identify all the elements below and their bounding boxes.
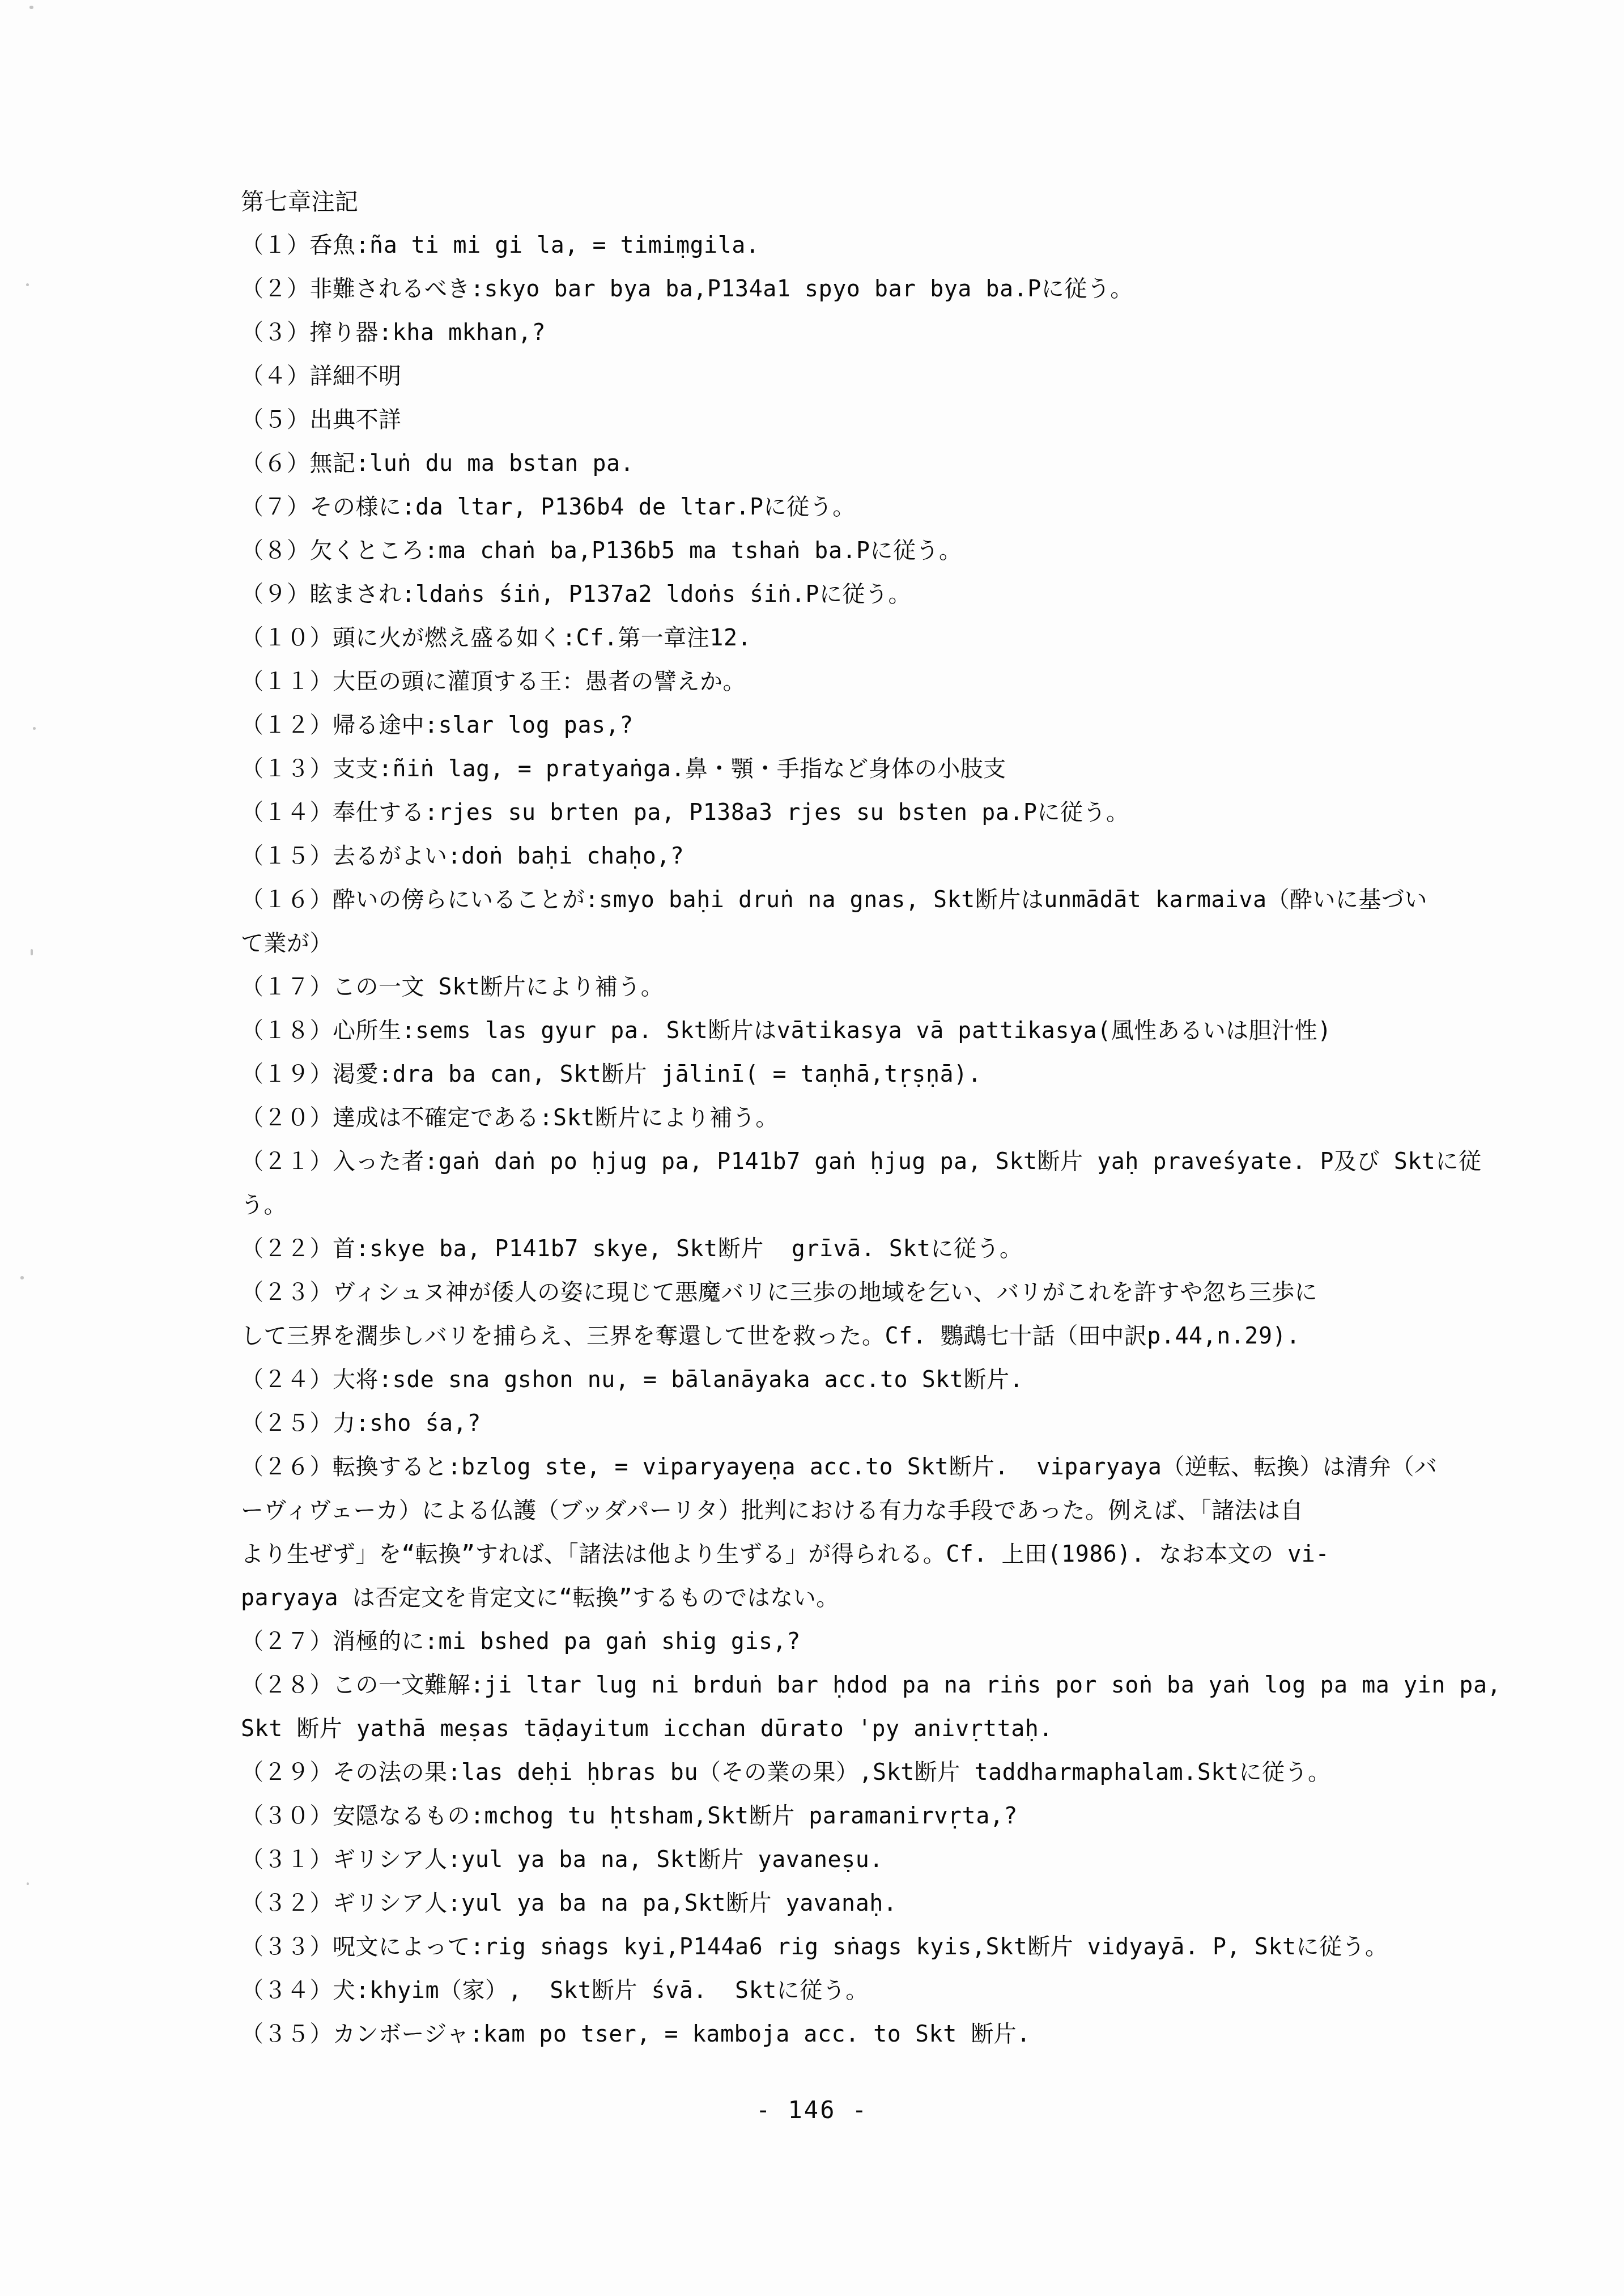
note-item: （３１）ギリシア人:yul ya ba na, Skt断片 yavaneṣu. xyxy=(241,1838,1544,1882)
note-line: （６）無記:luṅ du ma bstan pa. xyxy=(241,442,1544,486)
note-item: （２０）達成は不確定である:Skt断片により補う。 xyxy=(241,1096,1544,1140)
note-line: （２１）入った者:gaṅ daṅ po ḥjug pa, P141b7 gaṅ … xyxy=(241,1140,1544,1184)
scan-artifact xyxy=(26,283,29,286)
note-item: （１８）心所生:sems las gyur pa. Skt断片はvātikasy… xyxy=(241,1009,1544,1053)
note-line: （２６）転換すると:bzlog ste, = viparyayeṇa acc.t… xyxy=(241,1445,1544,1489)
note-line: （２２）首:skye ba, P141b7 skye, Skt断片 grīvā.… xyxy=(241,1227,1544,1271)
note-item: （２）非難されるべき:skyo bar bya ba,P134a1 spyo b… xyxy=(241,267,1544,311)
note-line: （１７）この一文 Skt断片により補う。 xyxy=(241,966,1544,1009)
scanned-page: 第七章注記 （１）呑魚:ña ti mi gi la, = timiṃgila.… xyxy=(0,0,1624,2296)
note-line: （２４）大将:sde sna gshon nu, = bālanāyaka ac… xyxy=(241,1358,1544,1402)
note-line: より生ぜず」を“転換”すれば、「諸法は他より生ずる」が得られる。Cf. 上田(1… xyxy=(241,1533,1544,1576)
note-item: （２２）首:skye ba, P141b7 skye, Skt断片 grīvā.… xyxy=(241,1227,1544,1271)
note-line: （１２）帰る途中:slar log pas,? xyxy=(241,704,1544,747)
note-line: （９）眩まされ:ldaṅs śiṅ, P137a2 ldoṅs śiṅ.Pに従う… xyxy=(241,573,1544,616)
note-line: （３４）犬:khyim（家）, Skt断片 śvā. Sktに従う。 xyxy=(241,1969,1544,2013)
note-item: （４）詳細不明 xyxy=(241,355,1544,398)
note-item: （１２）帰る途中:slar log pas,? xyxy=(241,704,1544,747)
note-item: （１５）去るがよい:doṅ baḥi chaḥo,? xyxy=(241,835,1544,878)
scan-artifact xyxy=(29,6,33,9)
note-line: （１４）奉仕する:rjes su brten pa, P138a3 rjes s… xyxy=(241,791,1544,835)
scan-artifact xyxy=(31,949,33,955)
note-line: paryaya は否定文を肯定文に“転換”するものではない。 xyxy=(241,1576,1544,1620)
note-line: （４）詳細不明 xyxy=(241,355,1544,398)
note-item: （１６）酔いの傍らにいることが:smyo baḥi druṅ na gnas, … xyxy=(241,878,1544,966)
notes-section: 第七章注記 （１）呑魚:ña ti mi gi la, = timiṃgila.… xyxy=(241,180,1544,2056)
note-line: （３５）カンボージャ:kam po tser, = kamboja acc. t… xyxy=(241,2013,1544,2056)
note-item: （６）無記:luṅ du ma bstan pa. xyxy=(241,442,1544,486)
note-line: （１９）渇愛:dra ba can, Skt断片 jālinī( = taṇhā… xyxy=(241,1053,1544,1096)
note-line: （２８）この一文難解:ji ltar lug ni brduṅ bar ḥdod… xyxy=(241,1664,1544,1707)
note-line: して三界を濶歩しバリを捕らえ、三界を奪還して世を救った。Cf. 鸚鵡七十話（田中… xyxy=(241,1315,1544,1358)
note-item: （１０）頭に火が燃え盛る如く:Cf.第一章注12. xyxy=(241,616,1544,660)
note-line: （２５）力:sho śa,? xyxy=(241,1402,1544,1445)
note-item: （３３）呪文によって:rig sṅags kyi,P144a6 rig sṅag… xyxy=(241,1925,1544,1969)
note-item: （２６）転換すると:bzlog ste, = viparyayeṇa acc.t… xyxy=(241,1445,1544,1620)
note-line: （３）搾り器:kha mkhan,? xyxy=(241,311,1544,355)
note-line: （１０）頭に火が燃え盛る如く:Cf.第一章注12. xyxy=(241,616,1544,660)
note-line: （２０）達成は不確定である:Skt断片により補う。 xyxy=(241,1096,1544,1140)
note-line: （５）出典不詳 xyxy=(241,398,1544,442)
note-item: （２３）ヴィシュヌ神が倭人の姿に現じて悪魔バリに三歩の地域を乞い、バリがこれを許… xyxy=(241,1271,1544,1358)
note-line: （２３）ヴィシュヌ神が倭人の姿に現じて悪魔バリに三歩の地域を乞い、バリがこれを許… xyxy=(241,1271,1544,1315)
note-item: （８）欠くところ:ma chaṅ ba,P136b5 ma tshaṅ ba.P… xyxy=(241,529,1544,573)
note-item: （９）眩まされ:ldaṅs śiṅ, P137a2 ldoṅs śiṅ.Pに従う… xyxy=(241,573,1544,616)
note-item: （２１）入った者:gaṅ daṅ po ḥjug pa, P141b7 gaṅ … xyxy=(241,1140,1544,1227)
note-line: （２９）その法の果:las deḥi ḥbras bu（その業の果）,Skt断片… xyxy=(241,1751,1544,1795)
note-line: （３１）ギリシア人:yul ya ba na, Skt断片 yavaneṣu. xyxy=(241,1838,1544,1882)
note-line: （３２）ギリシア人:yul ya ba na pa,Skt断片 yavanaḥ. xyxy=(241,1882,1544,1925)
note-line: （２）非難されるべき:skyo bar bya ba,P134a1 spyo b… xyxy=(241,267,1544,311)
note-line: （１６）酔いの傍らにいることが:smyo baḥi druṅ na gnas, … xyxy=(241,878,1544,922)
note-line: （１１）大臣の頭に灌頂する王：愚者の譬えか。 xyxy=(241,660,1544,704)
note-line: （１５）去るがよい:doṅ baḥi chaḥo,? xyxy=(241,835,1544,878)
note-line: Skt 断片 yathā meṣas tāḍayitum icchan dūra… xyxy=(241,1707,1544,1751)
scan-artifact xyxy=(33,727,36,730)
note-item: （７）その様に:da ltar, P136b4 de ltar.Pに従う。 xyxy=(241,486,1544,529)
note-line: （２７）消極的に:mi bshed pa gaṅ shig gis,? xyxy=(241,1620,1544,1664)
note-item: （２９）その法の果:las deḥi ḥbras bu（その業の果）,Skt断片… xyxy=(241,1751,1544,1795)
scan-artifact xyxy=(20,1276,24,1279)
note-item: （２４）大将:sde sna gshon nu, = bālanāyaka ac… xyxy=(241,1358,1544,1402)
note-item: （１）呑魚:ña ti mi gi la, = timiṃgila. xyxy=(241,224,1544,267)
note-item: （１３）支支:ñiṅ lag, = pratyaṅga.鼻・顎・手指など身体の小… xyxy=(241,747,1544,791)
note-item: （２８）この一文難解:ji ltar lug ni brduṅ bar ḥdod… xyxy=(241,1664,1544,1751)
note-item: （３）搾り器:kha mkhan,? xyxy=(241,311,1544,355)
note-item: （５）出典不詳 xyxy=(241,398,1544,442)
note-item: （３２）ギリシア人:yul ya ba na pa,Skt断片 yavanaḥ. xyxy=(241,1882,1544,1925)
note-line: （８）欠くところ:ma chaṅ ba,P136b5 ma tshaṅ ba.P… xyxy=(241,529,1544,573)
note-line: て業が） xyxy=(241,922,1544,966)
note-line: （７）その様に:da ltar, P136b4 de ltar.Pに従う。 xyxy=(241,486,1544,529)
note-line: （１３）支支:ñiṅ lag, = pratyaṅga.鼻・顎・手指など身体の小… xyxy=(241,747,1544,791)
note-item: （１７）この一文 Skt断片により補う。 xyxy=(241,966,1544,1009)
page-title: 第七章注記 xyxy=(241,180,1544,224)
note-item: （１１）大臣の頭に灌頂する王：愚者の譬えか。 xyxy=(241,660,1544,704)
note-item: （１９）渇愛:dra ba can, Skt断片 jālinī( = taṇhā… xyxy=(241,1053,1544,1096)
note-item: （３０）安隠なるもの:mchog tu ḥtsham,Skt断片 paraman… xyxy=(241,1795,1544,1838)
scan-artifact xyxy=(27,1882,29,1885)
note-line: う。 xyxy=(241,1184,1544,1227)
notes-list: （１）呑魚:ña ti mi gi la, = timiṃgila.（２）非難さ… xyxy=(241,224,1544,2056)
note-item: （３４）犬:khyim（家）, Skt断片 śvā. Sktに従う。 xyxy=(241,1969,1544,2013)
note-line: （３３）呪文によって:rig sṅags kyi,P144a6 rig sṅag… xyxy=(241,1925,1544,1969)
note-item: （３５）カンボージャ:kam po tser, = kamboja acc. t… xyxy=(241,2013,1544,2056)
note-line: （１）呑魚:ña ti mi gi la, = timiṃgila. xyxy=(241,224,1544,267)
note-item: （１４）奉仕する:rjes su brten pa, P138a3 rjes s… xyxy=(241,791,1544,835)
note-item: （２５）力:sho śa,? xyxy=(241,1402,1544,1445)
note-line: （１８）心所生:sems las gyur pa. Skt断片はvātikasy… xyxy=(241,1009,1544,1053)
note-line: （３０）安隠なるもの:mchog tu ḥtsham,Skt断片 paraman… xyxy=(241,1795,1544,1838)
note-line: ーヴィヴェーカ）による仏護（ブッダパーリタ）批判における有力な手段であった。例え… xyxy=(241,1489,1544,1533)
page-number: - 146 - xyxy=(0,2097,1624,2124)
note-item: （２７）消極的に:mi bshed pa gaṅ shig gis,? xyxy=(241,1620,1544,1664)
